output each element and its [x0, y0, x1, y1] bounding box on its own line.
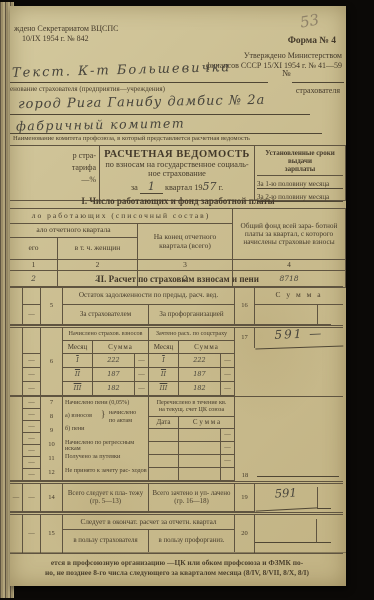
s2-total-17-handwritten: 591 — [255, 326, 344, 349]
s2-band-middle: — — — — — — — 7 8 9 10 11 12 13 [10, 396, 343, 481]
s1-header-workers: ло работающих (списочный состав) [10, 209, 233, 224]
pay-date-half1: За 1-ю половину месяца [257, 176, 343, 189]
code-box-line2: тарифа [13, 162, 96, 174]
s2-sum-label: Сумма [179, 341, 235, 354]
s2-credited-header: Зачтено расх. по соцстраху [149, 328, 235, 341]
cut-col-a [10, 287, 23, 325]
approved-vcsps-stamp: ждено Секретариатом ВЦСПС 10/IX 1954 г. … [14, 24, 118, 44]
accrued-kop-2: — [135, 368, 149, 382]
footer-note: ется в профсоюзную организацию —ЦК или о… [12, 558, 342, 578]
s2-rownum-7: 7 [41, 397, 62, 411]
s2-row5-strahovatel: За страхователем [63, 305, 149, 325]
statement-subtitle2: ное страхование [100, 169, 254, 178]
period-g: г. [219, 183, 224, 192]
cut-dash: — [23, 397, 41, 409]
s1-colnum-2: 2 [58, 260, 138, 271]
s2-label-13: Получено от профорган- зации в возврат [65, 480, 147, 481]
s2-label-11: Получено за путевки [65, 452, 147, 466]
s2-rownum-10: 10 [41, 439, 62, 453]
pay-dates-title1: Установленные сроки выдачи [257, 149, 343, 165]
s1-colnum-3: 3 [138, 260, 233, 271]
s2-band-months: — — — 6 Начислено страхов. взносов Месяц… [10, 328, 343, 396]
s2-rownum-9: 9 [41, 425, 62, 439]
s2-sum-col-16: С у м м а [255, 287, 343, 325]
s2-label-12: Не принято к зачету рас- ходов [65, 466, 147, 480]
credited-month-1: I [149, 354, 179, 368]
s2-rownum-14: 14 [41, 484, 63, 512]
s2-rownum-19: 19 [235, 484, 255, 512]
cut-col-b: — — — [23, 328, 41, 396]
address-rule [10, 114, 310, 115]
insurer-number-caption: страхователя [296, 86, 340, 95]
s2-month-label: Месяц [63, 341, 93, 354]
statement-period: за 1 квартал 1957 г. [100, 180, 254, 193]
s2-month-label: Месяц [149, 341, 179, 354]
s2-rownum-18: 18 [235, 472, 255, 479]
committee-rule [10, 133, 322, 134]
s2-transfer-h1: Перечислено в течение кв. [149, 399, 234, 406]
s2-credited-table: Зачтено расх. по соцстраху Месяц Сумма I… [149, 328, 235, 396]
s2-rownum-12: 12 [41, 467, 62, 481]
accrued-sum-1: 222 [93, 354, 135, 368]
s2-sum-col-17: 591 — [255, 328, 343, 396]
pay-dates-box: Установленные сроки выдачи зарплаты За 1… [255, 145, 346, 201]
credited-kop-1: — [221, 354, 235, 368]
cut-col-a [10, 397, 23, 481]
accrued-kop-3: — [135, 382, 149, 396]
s2-rownum-17-col: 17 [235, 328, 255, 396]
cut-col-b: — [23, 287, 41, 325]
cut-dash: — [10, 484, 23, 512]
cut-dash: — [23, 457, 41, 469]
committee-label: Наименование комитета профсоюза, в котор… [13, 135, 250, 142]
footer-line2: но, не позднее 8-го числа следующего за … [12, 568, 342, 578]
transfer-kop-dash: — [221, 442, 235, 455]
s2-transfer-h2: на текущ. счет ЦК союза [149, 406, 234, 413]
s2-row5-proforg: За профорганизацией [149, 305, 235, 325]
year-handwritten: 57 [203, 180, 217, 193]
section2-title: II. Расчет по страховым взносам и пени [10, 274, 346, 284]
cut-col-b: — — — — — — — [23, 397, 41, 481]
s2-transfer-sum-label: С у м м а [179, 417, 235, 429]
section1-title: I. Число работающих и фонд заработной пл… [10, 196, 346, 206]
s2-band-row14: — — 14 Всего следует к пла- тежу (гр. 5—… [10, 484, 343, 512]
period-za: за [131, 183, 138, 192]
s2-sum18-rule [257, 476, 339, 477]
credited-sum-1: 222 [179, 354, 221, 368]
cut-dash: — [23, 305, 41, 325]
approved-vcsps-line1: ждено Секретариатом ВЦСПС [14, 24, 118, 34]
period-mid: квартал 19 [165, 183, 203, 192]
s2-sum-label: Сумма [93, 341, 149, 354]
s2-rownum-20: 20 [235, 515, 255, 553]
section2-table: — 5 Остаток задолженности по предыд. рас… [10, 286, 343, 554]
committee-handwritten: фабричный комитет [16, 116, 185, 134]
s1-header-end: На конец отчетного квартала (всего) [138, 224, 233, 260]
s2-row15-proforg: в пользу профорганиз. [149, 530, 235, 552]
cut-dash: — [23, 515, 41, 553]
credited-sum-2: 187 [179, 368, 221, 382]
s2-rownum-5: 5 [41, 287, 63, 325]
s2-rownum-6: 6 [41, 328, 63, 396]
s2-brace: } [101, 410, 105, 419]
cut-dash: — [23, 433, 41, 445]
pay-dates-title2: зарплаты [257, 165, 343, 176]
credited-kop-2: — [221, 368, 235, 382]
form-number: Форма № 4 [288, 36, 336, 46]
cut-dash: — [23, 445, 41, 457]
quarter-handwritten: 1 [140, 180, 163, 194]
s2-rownum-8: 8 [41, 411, 62, 425]
accrued-sum-2: 187 [93, 368, 135, 382]
code-box-line3: —% [13, 174, 96, 186]
accrued-month-1: I [63, 354, 93, 368]
s2-accrued-table: Начислено страхов. взносов Месяц Сумма I… [63, 328, 149, 396]
s2-band-row15: — 15 Следует в окончат. расчет за отчетн… [10, 515, 343, 554]
s2-transfer-date-label: Дата [149, 417, 179, 429]
transfer-kop-dash: — [221, 455, 235, 468]
insurer-number-rule [292, 82, 344, 83]
insurer-code-box: р стра- тарифа —% [10, 145, 100, 201]
s2-accrued-header: Начислено страхов. взносов [63, 328, 149, 341]
s2-rownum-18-col: 18 [235, 397, 255, 481]
credited-month-3: III [149, 382, 179, 396]
s2-row15-header: Следует в окончат. расчет за отчетн. ква… [63, 515, 235, 530]
transfer-kop-dash: — [221, 429, 235, 442]
s2-rownums-7-13: 7 8 9 10 11 12 13 [41, 397, 63, 481]
footer-line1: ется в профсоюзную организацию —ЦК или о… [12, 558, 342, 568]
statement-title-box: РАСЧЕТНАЯ ВЕДОМОСТЬ по взносам на госуда… [100, 145, 255, 201]
s2-row14-right: Всего зачтено и уп- лачено (гр. 16—18) [149, 484, 235, 512]
s2-row5-main: Остаток задолженности по предыд. расч. в… [63, 287, 235, 325]
insurer-name-handwritten: Текст. К-т Большевичка [12, 60, 232, 81]
statement-subtitle1: по взносам на государственное социаль- [100, 160, 254, 169]
s2-rownum-17: 17 [235, 328, 255, 348]
s2-row5-header: Остаток задолженности по предыд. расч. в… [63, 287, 235, 305]
pencil-page-number: 53 [299, 10, 321, 31]
cut-dash: — [23, 368, 41, 382]
s2-row15-strahovatel: в пользу страхователя [63, 530, 149, 552]
photo-of-form: ждено Секретариатом ВЦСПС 10/IX 1954 г. … [0, 0, 374, 600]
s2-brace-note2: по актам [109, 418, 132, 424]
insurer-address-handwritten: город Рига Ганибу дамбис № 2а [18, 93, 266, 112]
cut-dash: — [23, 382, 41, 396]
s1-col-total: его [10, 238, 58, 260]
s2-labels-7-13: Начислено пени (0,05%) а) взносов б) пен… [63, 397, 149, 481]
s2-sum-col-18 [255, 397, 343, 481]
cut-dash: — [23, 469, 41, 481]
credited-kop-3: — [221, 382, 235, 396]
cut-col-a [10, 328, 23, 396]
s2-sum-header: С у м м а [255, 287, 343, 305]
s2-sum-col-19: 591 [255, 484, 343, 512]
s1-col-women: в т. ч. женщин [58, 238, 138, 260]
s2-transfer-block: Перечислено в течение кв. на текущ. счет… [149, 397, 235, 481]
s2-transfer-header: Перечислено в течение кв. на текущ. счет… [149, 397, 235, 417]
accrued-sum-3: 182 [93, 382, 135, 396]
accrued-month-2: II [63, 368, 93, 382]
s2-total-19-handwritten: 591 [254, 485, 317, 511]
insurer-name-label: енование страхователя (предприятия—учреж… [10, 85, 165, 93]
accrued-kop-1: — [135, 354, 149, 368]
insurer-number-sign: № [282, 68, 291, 78]
credited-month-2: II [149, 368, 179, 382]
title-block: р стра- тарифа —% РАСЧЕТНАЯ ВЕДОМОСТЬ по… [10, 145, 346, 201]
s1-header-fund: Общий фонд всей зара- ботной платы за кв… [233, 209, 346, 260]
s1-colnum-1: 1 [10, 260, 58, 271]
s2-label-10: Начислено по регрессным искам [65, 438, 147, 452]
insurer-name-rule [10, 82, 268, 83]
code-box-line1: р стра- [13, 150, 96, 162]
s1-colnum-4: 4 [233, 260, 346, 271]
s2-rownum-11: 11 [41, 453, 62, 467]
accrued-month-3: III [63, 382, 93, 396]
s2-sum-col-20 [255, 515, 343, 553]
s2-brace-note1: начислено [109, 410, 136, 416]
credited-sum-3: 182 [179, 382, 221, 396]
s1-header-begin: ало отчетного квартала [10, 224, 138, 238]
s2-band-row5: — 5 Остаток задолженности по предыд. рас… [10, 287, 343, 325]
s2-row15-main: Следует в окончат. расчет за отчетн. ква… [63, 515, 235, 553]
footer-separator [10, 552, 346, 553]
form-paper: ждено Секретариатом ВЦСПС 10/IX 1954 г. … [10, 6, 346, 586]
cut-dash: — [23, 484, 41, 512]
cut-dash: — [23, 421, 41, 433]
s2-row14-left: Всего следует к пла- тежу (гр. 5—13) [63, 484, 149, 512]
s2-rownum-16: 16 [235, 287, 255, 325]
cut-col-a [10, 515, 23, 553]
cut-dash: — [23, 409, 41, 421]
approved-vcsps-line2: 10/IX 1954 г. № 842 [14, 34, 118, 44]
cut-dash: — [23, 354, 41, 368]
statement-title: РАСЧЕТНАЯ ВЕДОМОСТЬ [100, 149, 254, 160]
s2-rownum-15: 15 [41, 515, 63, 553]
s2-label-9: б) пени [65, 424, 147, 438]
